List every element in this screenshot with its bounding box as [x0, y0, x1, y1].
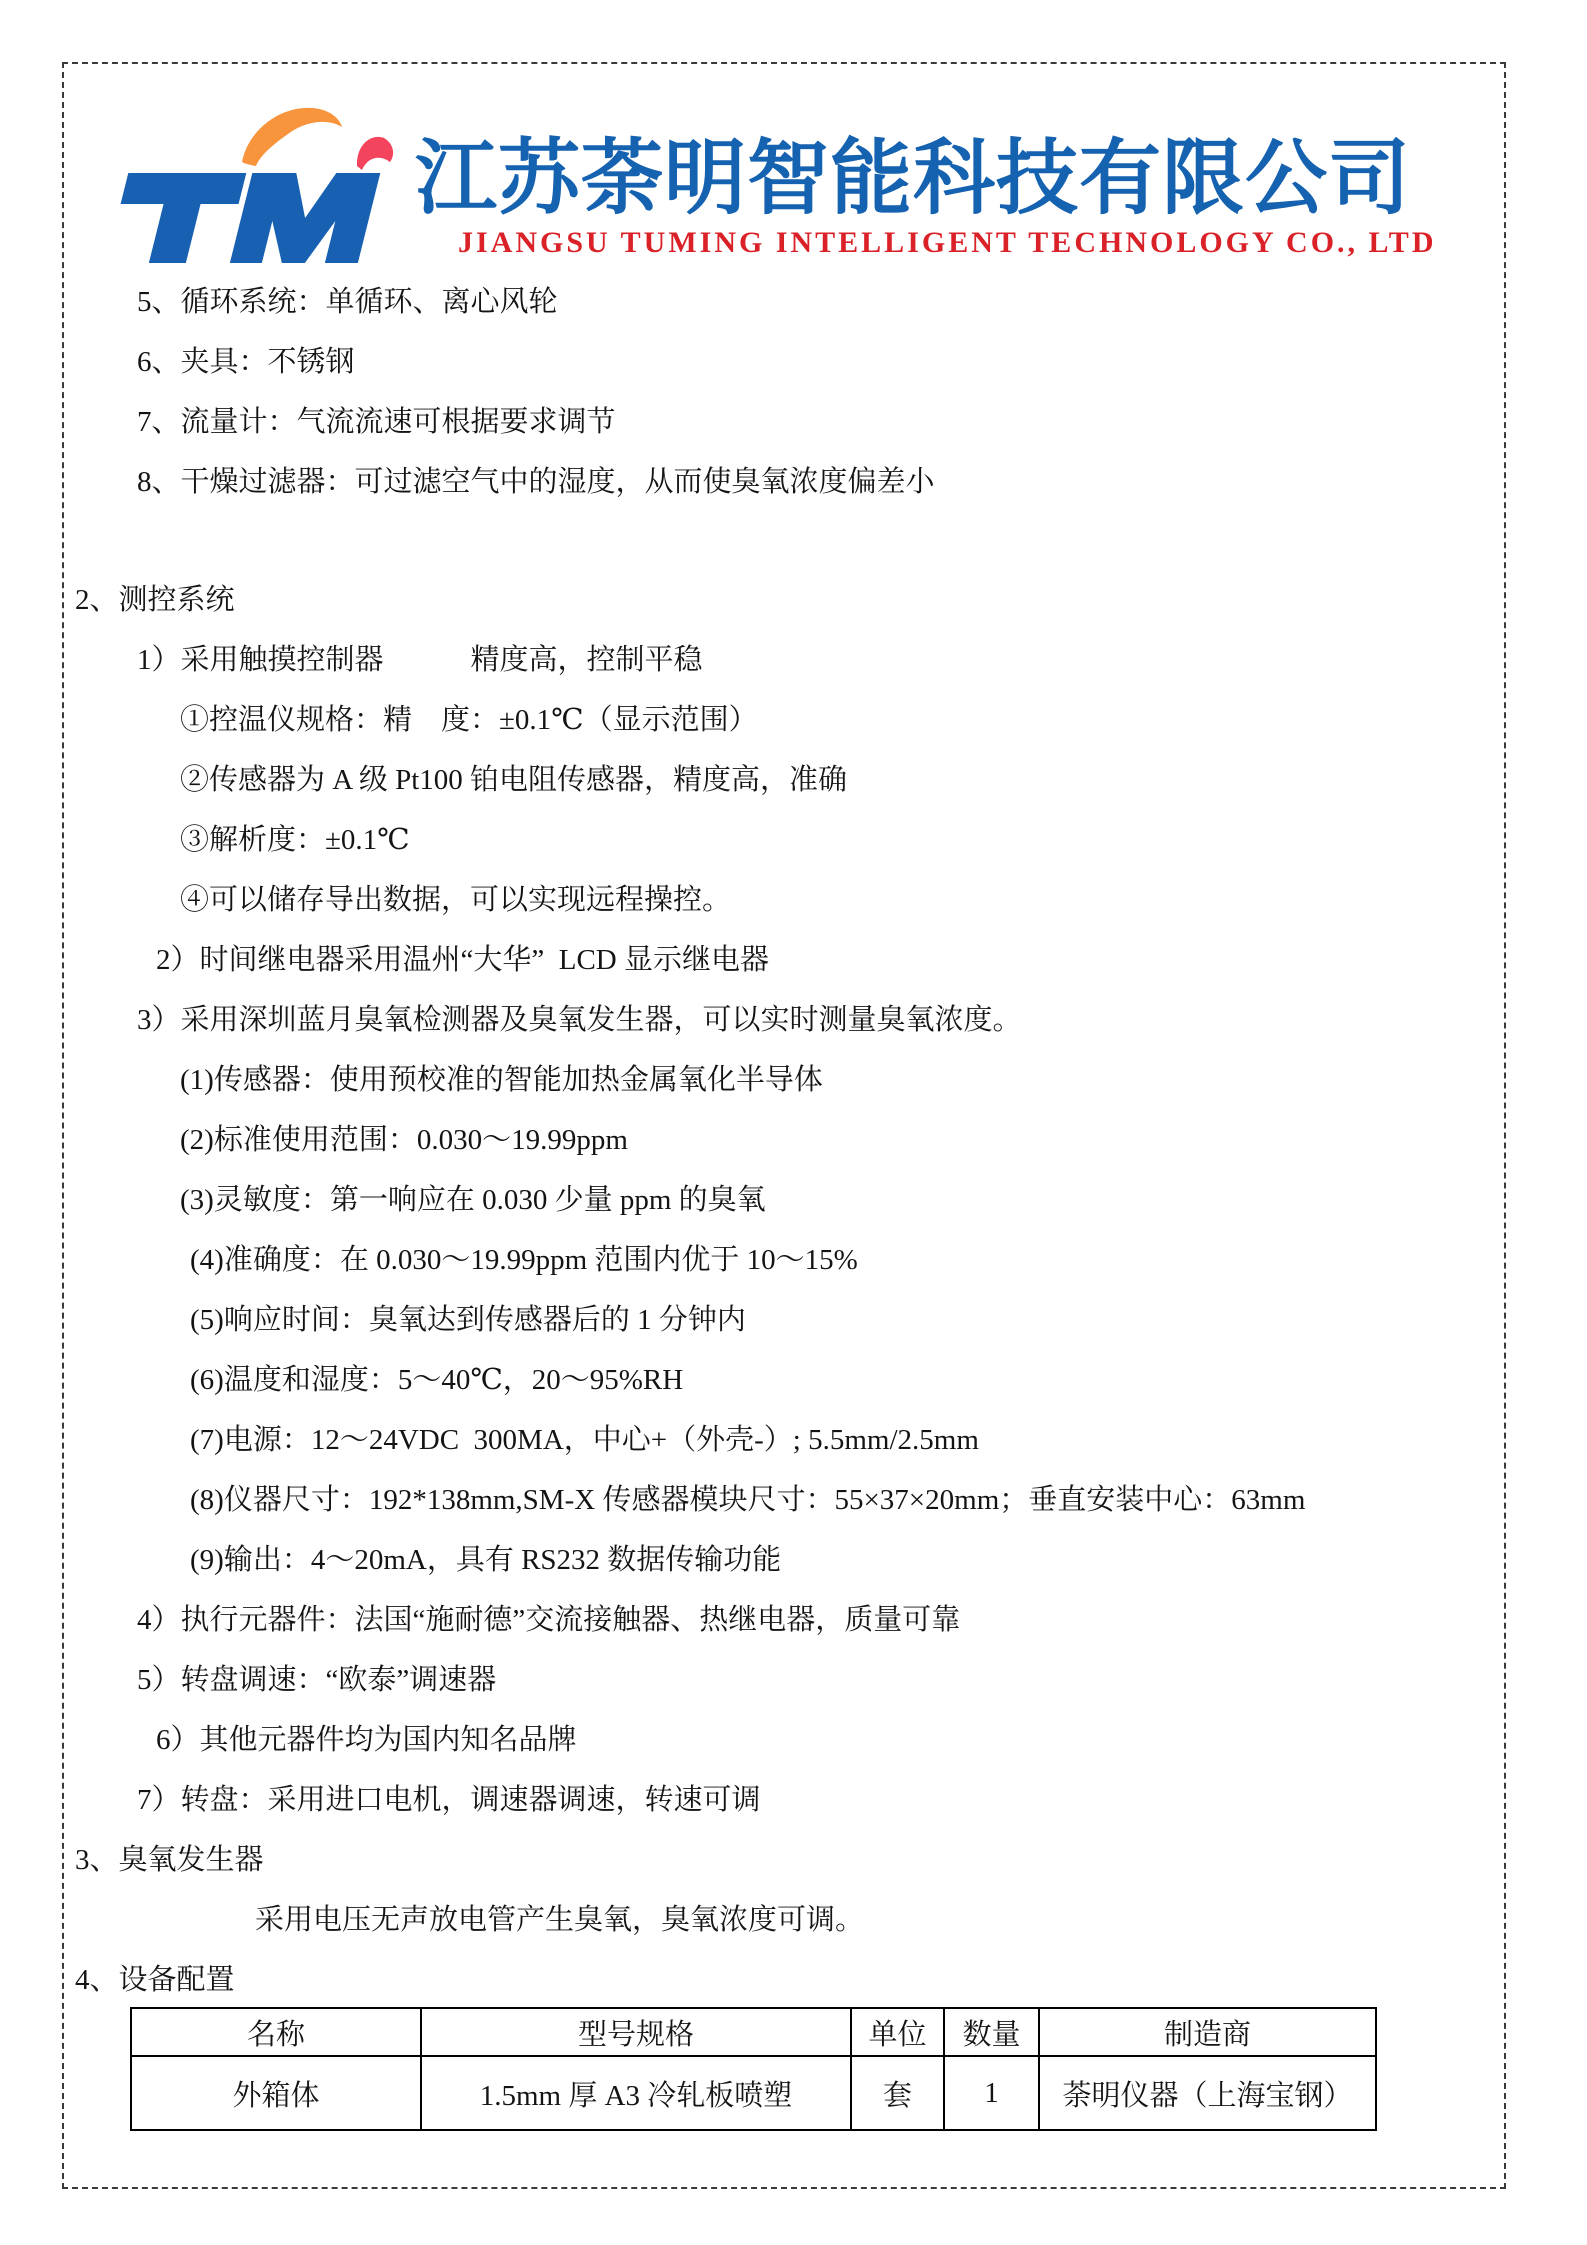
doc-line: (3)灵敏度：第一响应在 0.030 少量 ppm 的臭氧	[180, 1170, 1587, 1230]
doc-line: (8)仪器尺寸：192*138mm,SM-X 传感器模块尺寸：55×37×20m…	[190, 1470, 1587, 1530]
doc-line: 7）转盘：采用进口电机，调速器调速，转速可调	[137, 1770, 1587, 1830]
table-cell: 套	[851, 2056, 944, 2130]
table-header-cell: 型号规格	[421, 2008, 851, 2056]
table-cell: 1	[944, 2056, 1039, 2130]
doc-line: 采用电压无声放电管产生臭氧，臭氧浓度可调。	[255, 1890, 1587, 1950]
doc-line: 8、干燥过滤器：可过滤空气中的湿度，从而使臭氧浓度偏差小	[137, 452, 1587, 512]
doc-line: (9)输出：4～20mA，具有 RS232 数据传输功能	[190, 1530, 1587, 1590]
equipment-table-head: 名称型号规格单位数量制造商	[131, 2008, 1376, 2056]
doc-line: 5、循环系统：单循环、离心风轮	[137, 272, 1587, 332]
logo-pink-swoosh	[357, 137, 393, 170]
doc-lines: 5、循环系统：单循环、离心风轮6、夹具：不锈钢7、流量计：气流流速可根据要求调节…	[0, 272, 1587, 2010]
doc-line: 1）采用触摸控制器 精度高，控制平稳	[137, 630, 1587, 690]
doc-line: 2、测控系统	[75, 570, 1587, 630]
doc-line: ①控温仪规格：精 度：±0.1℃（显示范围）	[180, 690, 1587, 750]
table-row: 外箱体1.5mm 厚 A3 冷轧板喷塑套1荼明仪器（上海宝钢）	[131, 2056, 1376, 2130]
doc-line: (7)电源：12～24VDC 300MA，中心+（外壳-）; 5.5mm/2.5…	[190, 1410, 1587, 1470]
equipment-table-body: 外箱体1.5mm 厚 A3 冷轧板喷塑套1荼明仪器（上海宝钢）	[131, 2056, 1376, 2130]
company-name-en: JIANGSU TUMING INTELLIGENT TECHNOLOGY CO…	[458, 226, 1438, 260]
table-cell: 荼明仪器（上海宝钢）	[1039, 2056, 1376, 2130]
table-header-row: 名称型号规格单位数量制造商	[131, 2008, 1376, 2056]
doc-line: ④可以储存导出数据，可以实现远程操控。	[180, 870, 1587, 930]
table-cell: 1.5mm 厚 A3 冷轧板喷塑	[421, 2056, 851, 2130]
doc-line: (2)标准使用范围：0.030～19.99ppm	[180, 1110, 1587, 1170]
table-header-cell: 制造商	[1039, 2008, 1376, 2056]
doc-line: 2）时间继电器采用温州“大华” LCD 显示继电器	[156, 930, 1587, 990]
doc-line: 5）转盘调速：“欧泰”调速器	[137, 1650, 1587, 1710]
logo-orange-swoosh	[242, 108, 342, 166]
table-header-cell: 数量	[944, 2008, 1039, 2056]
tm-logo-icon	[100, 98, 400, 270]
doc-line: 4）执行元器件：法国“施耐德”交流接触器、热继电器，质量可靠	[137, 1590, 1587, 1650]
company-name-cn: 江苏荼明智能科技有限公司	[415, 136, 1435, 221]
doc-line: (1)传感器：使用预校准的智能加热金属氧化半导体	[180, 1050, 1587, 1110]
doc-line: 6）其他元器件均为国内知名品牌	[156, 1710, 1587, 1770]
logo-tm-letters	[106, 173, 380, 263]
doc-line: (4)准确度：在 0.030～19.99ppm 范围内优于 10～15%	[190, 1230, 1587, 1290]
table-cell: 外箱体	[131, 2056, 421, 2130]
doc-line: 3、臭氧发生器	[75, 1830, 1587, 1890]
doc-line: 3）采用深圳蓝月臭氧检测器及臭氧发生器，可以实时测量臭氧浓度。	[137, 990, 1587, 1050]
doc-line: ③解析度：±0.1℃	[180, 810, 1587, 870]
doc-line: (5)响应时间：臭氧达到传感器后的 1 分钟内	[190, 1290, 1587, 1350]
doc-line: 7、流量计：气流流速可根据要求调节	[137, 392, 1587, 452]
doc-line: (6)温度和湿度：5～40℃，20～95%RH	[190, 1350, 1587, 1410]
document-page: 江苏荼明智能科技有限公司 JIANGSU TUMING INTELLIGENT …	[0, 0, 1587, 2245]
table-header-cell: 单位	[851, 2008, 944, 2056]
doc-line: 4、设备配置	[75, 1950, 1587, 2010]
table-header-cell: 名称	[131, 2008, 421, 2056]
doc-line: 6、夹具：不锈钢	[137, 332, 1587, 392]
equipment-table: 名称型号规格单位数量制造商 外箱体1.5mm 厚 A3 冷轧板喷塑套1荼明仪器（…	[130, 2007, 1377, 2131]
company-logo	[100, 98, 400, 270]
doc-line: ②传感器为 A 级 Pt100 铂电阻传感器，精度高，准确	[180, 750, 1587, 810]
